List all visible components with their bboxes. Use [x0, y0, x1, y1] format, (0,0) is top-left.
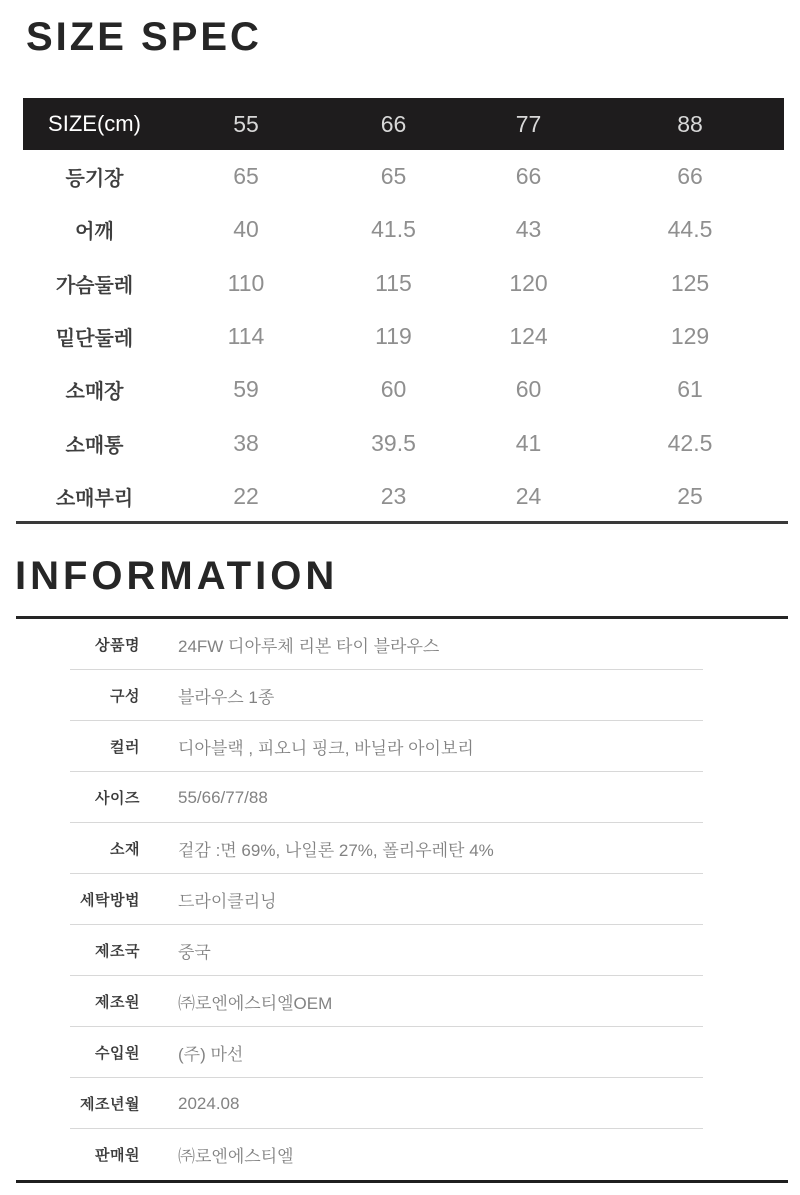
size-cell: 23: [326, 483, 461, 510]
info-row-value: 55/66/77/88: [178, 788, 268, 808]
size-cell: 65: [326, 163, 461, 190]
size-cell: 120: [461, 270, 596, 297]
size-row-sleeve-width: 소매통 38 39.5 41 42.5: [23, 416, 784, 469]
size-cell: 114: [166, 323, 326, 350]
size-row-shoulder: 어깨 40 41.5 43 44.5: [23, 203, 784, 256]
info-row-label: 제조원: [16, 991, 140, 1012]
info-row-label: 제조년월: [16, 1093, 140, 1114]
size-cell: 60: [461, 376, 596, 403]
size-cell: 39.5: [326, 430, 461, 457]
info-row-seller: 판매원 ㈜로엔에스티엘: [16, 1129, 788, 1180]
size-cell: 22: [166, 483, 326, 510]
info-row-product-name: 상품명 24FW 디아루체 리본 타이 블라우스: [16, 619, 788, 670]
size-header-77: 77: [461, 111, 596, 138]
size-row-label: 소매부리: [23, 482, 166, 511]
size-cell: 24: [461, 483, 596, 510]
size-cell: 124: [461, 323, 596, 350]
size-cell: 65: [166, 163, 326, 190]
size-cell: 66: [461, 163, 596, 190]
info-row-value: ㈜로엔에스티엘OEM: [178, 989, 332, 1014]
size-row-cuff: 소매부리 22 23 24 25: [23, 470, 784, 523]
size-cell: 44.5: [596, 216, 784, 243]
size-cell: 115: [326, 270, 461, 297]
size-cell: 60: [326, 376, 461, 403]
information-title: INFORMATION: [15, 556, 338, 596]
info-row-label: 수입원: [16, 1042, 140, 1063]
size-cell: 110: [166, 270, 326, 297]
info-row-value: 드라이클리닝: [178, 887, 277, 912]
info-row-value: (주) 마선: [178, 1040, 243, 1065]
info-row-washing: 세탁방법 드라이클리닝: [16, 874, 788, 925]
info-row-label: 제조국: [16, 940, 140, 961]
size-row-label: 어깨: [23, 215, 166, 244]
size-spec-title: SIZE SPEC: [26, 17, 262, 57]
info-row-label: 컬러: [16, 736, 140, 757]
size-cell: 25: [596, 483, 784, 510]
size-row-label: 밑단둘레: [23, 322, 166, 351]
product-spec-page: SIZE SPEC SIZE(cm) 55 66 77 88 등기장 65 65…: [0, 0, 800, 1195]
size-row-chest: 가슴둘레 110 115 120 125: [23, 257, 784, 310]
info-row-importer: 수입원 (주) 마선: [16, 1027, 788, 1078]
size-header-66: 66: [326, 111, 461, 138]
size-cell: 125: [596, 270, 784, 297]
size-row-label: 소매장: [23, 375, 166, 404]
size-row-back-length: 등기장 65 65 66 66: [23, 150, 784, 203]
info-row-value: 중국: [178, 938, 211, 963]
info-row-value: 블라우스 1종: [178, 683, 274, 708]
info-row-label: 소재: [16, 838, 140, 859]
info-row-manufacturer: 제조원 ㈜로엔에스티엘OEM: [16, 976, 788, 1027]
info-row-value: ㈜로엔에스티엘: [178, 1142, 294, 1167]
info-row-value: 겉감 :면 69%, 나일론 27%, 폴리우레탄 4%: [178, 836, 494, 861]
size-cell: 61: [596, 376, 784, 403]
info-row-manufacture-date: 제조년월 2024.08: [16, 1078, 788, 1129]
size-table-header-row: SIZE(cm) 55 66 77 88: [23, 98, 784, 150]
size-cell: 41.5: [326, 216, 461, 243]
info-row-origin-country: 제조국 중국: [16, 925, 788, 976]
size-header-55: 55: [166, 111, 326, 138]
information-table: 상품명 24FW 디아루체 리본 타이 블라우스 구성 블라우스 1종 컬러 디…: [16, 616, 788, 1183]
info-row-color: 컬러 디아블랙 , 피오니 핑크, 바닐라 아이보리: [16, 721, 788, 772]
size-cell: 42.5: [596, 430, 784, 457]
info-row-label: 판매원: [16, 1144, 140, 1165]
size-header-unit-label: SIZE(cm): [23, 111, 166, 137]
size-cell: 59: [166, 376, 326, 403]
info-row-label: 사이즈: [16, 787, 140, 808]
size-cell: 129: [596, 323, 784, 350]
size-cell: 66: [596, 163, 784, 190]
info-row-composition: 구성 블라우스 1종: [16, 670, 788, 721]
info-row-value: 2024.08: [178, 1094, 239, 1114]
size-cell: 119: [326, 323, 461, 350]
info-row-label: 상품명: [16, 634, 140, 655]
info-row-value: 24FW 디아루체 리본 타이 블라우스: [178, 632, 439, 657]
size-cell: 43: [461, 216, 596, 243]
info-row-value: 디아블랙 , 피오니 핑크, 바닐라 아이보리: [178, 734, 474, 759]
size-row-hem: 밑단둘레 114 119 124 129: [23, 310, 784, 363]
size-row-sleeve-length: 소매장 59 60 60 61: [23, 363, 784, 416]
size-table-bottom-border: [16, 521, 788, 524]
size-row-label: 등기장: [23, 162, 166, 191]
size-cell: 40: [166, 216, 326, 243]
size-row-label: 가슴둘레: [23, 269, 166, 298]
info-row-size: 사이즈 55/66/77/88: [16, 772, 788, 823]
size-cell: 41: [461, 430, 596, 457]
size-row-label: 소매통: [23, 429, 166, 458]
size-header-88: 88: [596, 111, 784, 138]
size-cell: 38: [166, 430, 326, 457]
info-row-label: 구성: [16, 685, 140, 706]
size-spec-table: SIZE(cm) 55 66 77 88 등기장 65 65 66 66 어깨 …: [23, 98, 784, 523]
info-row-material: 소재 겉감 :면 69%, 나일론 27%, 폴리우레탄 4%: [16, 823, 788, 874]
info-row-label: 세탁방법: [16, 889, 140, 910]
